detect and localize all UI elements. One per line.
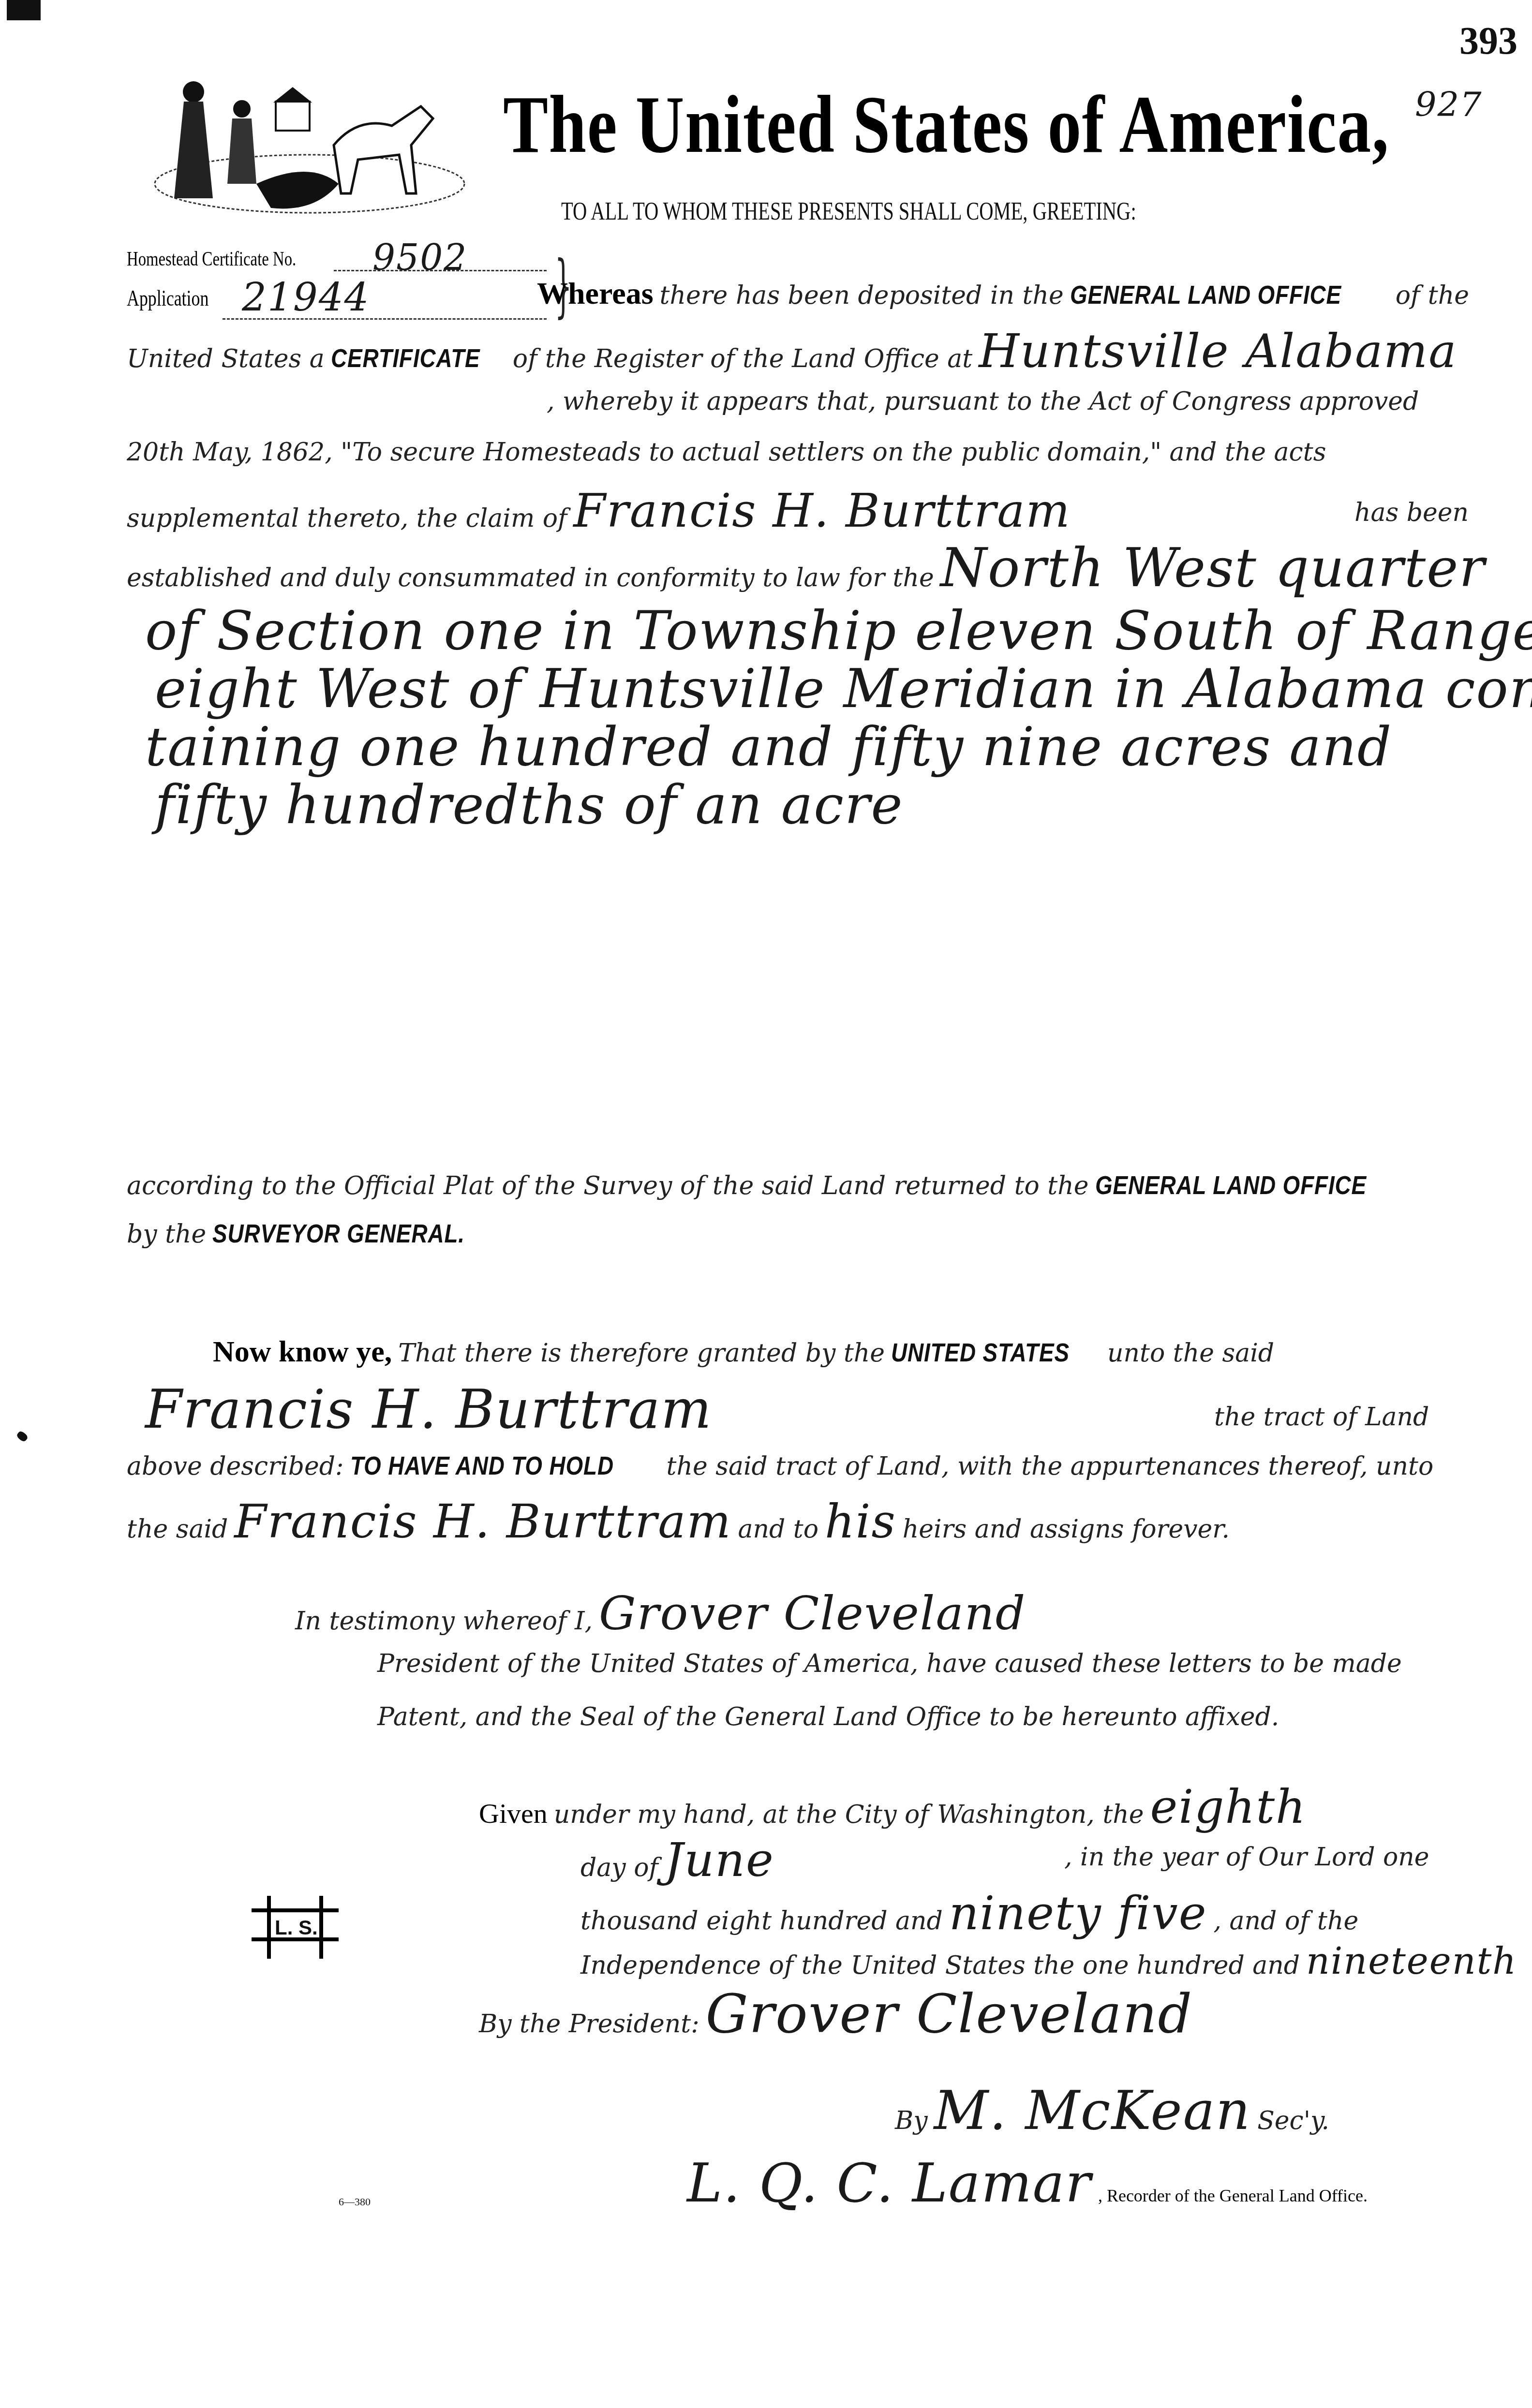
application-number-label: Application (127, 285, 208, 311)
body-text: by the (127, 1220, 206, 1249)
seal-label: L. S. (275, 1916, 318, 1939)
certificate-number-label: Homestead Certificate No. (127, 248, 296, 271)
by-the-president-label: By the President: (479, 2009, 699, 2039)
president-signature: Grover Cleveland (706, 1983, 1193, 2045)
greeting: TO ALL TO WHOM THESE PRESENTS SHALL COME… (561, 197, 1136, 226)
body-text: That there is therefore granted by the (398, 1339, 885, 1368)
has-been-text: has been (1354, 498, 1469, 527)
year-of-our-lord-text: , in the year of Our Lord one (1064, 1843, 1429, 1872)
whereas-line-6: established and duly consummated in conf… (127, 537, 1486, 599)
grant-line-3: above described: TO HAVE AND TO HOLD the… (127, 1451, 1433, 1481)
body-text: United States a (127, 344, 325, 373)
whereas-line-2: United States a CERTIFICATE of the Regis… (127, 324, 1457, 378)
certificate-text: CERTIFICATE (331, 343, 480, 373)
body-text: of the Register of the Land Office at (513, 344, 972, 373)
application-number-value: 21944 (242, 275, 370, 320)
land-description-4: taining one hundred and fifty nine acres… (145, 716, 1392, 778)
testimony-line-1: In testimony whereof I, Grover Cleveland (295, 1586, 1026, 1640)
official-plat-line: according to the Official Plat of the Su… (127, 1170, 1414, 1200)
grant-line-4: the said Francis H. Burttram and to his … (127, 1494, 1230, 1549)
body-text: day of (580, 1853, 658, 1882)
tract-of-land-text: the tract of Land (1214, 1403, 1429, 1432)
month-handwritten: June (665, 1833, 774, 1887)
body-text: supplemental thereto, the claim of (127, 504, 567, 533)
seal-rule (252, 1908, 339, 1912)
whereas-line-4: 20th May, 1862, "To secure Homesteads to… (127, 438, 1326, 467)
to-have-and-to-hold-text: TO HAVE AND TO HOLD (350, 1451, 614, 1481)
body-text: , and of the (1214, 1906, 1359, 1935)
recorder-line: L. Q. C. Lamar , Recorder of the General… (687, 2152, 1368, 2214)
whereas-line-1: Whereas there has been deposited in the … (537, 276, 1469, 311)
body-text: heirs and assigns forever. (903, 1515, 1230, 1544)
given-line-4: Independence of the United States the on… (580, 1939, 1517, 1982)
day-handwritten: eighth (1150, 1780, 1307, 1834)
farm-harvest-engraving-icon (131, 73, 469, 218)
land-description-5: fifty hundredths of an acre (155, 774, 904, 836)
body-text: there has been deposited in the (660, 281, 1064, 310)
given-line-1: Given under my hand, at the City of Wash… (479, 1780, 1307, 1834)
general-land-office-text: GENERAL LAND OFFICE (1070, 280, 1341, 310)
body-text: the said tract of Land, with the appurte… (667, 1452, 1434, 1481)
secretary-line: By M. McKean Sec'y. (895, 2080, 1329, 2142)
body-text: unto the said (1107, 1339, 1274, 1368)
given-line-2: day of June (580, 1833, 774, 1887)
land-description-2: of Section one in Township eleven South … (145, 600, 1532, 662)
surveyor-general-text: SURVEYOR GENERAL. (212, 1219, 465, 1249)
grantee-name-1: Francis H. Burttram (145, 1378, 713, 1440)
certificate-number-value: 9502 (372, 237, 467, 279)
body-text: established and duly consummated in conf… (127, 563, 934, 592)
by-label: By (895, 2106, 928, 2135)
recorder-title: , Recorder of the General Land Office. (1098, 2186, 1368, 2205)
seal-rule (319, 1896, 323, 1959)
seal-placeholder: L. S. (252, 1896, 339, 1964)
body-text: and to (738, 1515, 818, 1544)
body-text: under my hand, at the City of Washington… (554, 1800, 1144, 1829)
body-text: thousand eight hundred and (580, 1906, 943, 1935)
testimony-line-3: Patent, and the Seal of the General Land… (377, 1702, 1279, 1731)
body-text: according to the Official Plat of the Su… (127, 1171, 1089, 1200)
grant-line-1: Now know ye, That there is therefore gra… (213, 1335, 1274, 1369)
surveyor-general-line: by the SURVEYOR GENERAL. (127, 1219, 509, 1249)
body-text: of the (1396, 281, 1469, 310)
body-text: In testimony whereof I, (295, 1607, 593, 1636)
president-name-handwritten: Grover Cleveland (599, 1586, 1026, 1640)
body-text: above described: (127, 1452, 344, 1481)
general-land-office-text: GENERAL LAND OFFICE (1095, 1170, 1367, 1200)
secretary-signature: M. McKean (934, 2080, 1251, 2142)
whereas-lead: Whereas (537, 276, 654, 310)
land-office-location: Huntsville Alabama (979, 324, 1457, 378)
land-description-1: North West quarter (940, 537, 1486, 599)
independence-year-handwritten: nineteenth (1306, 1939, 1517, 1982)
whereas-line-5: supplemental thereto, the claim of Franc… (127, 484, 1071, 538)
seal-rule (267, 1896, 271, 1959)
grantee-name-2: Francis H. Burttram (234, 1494, 731, 1549)
recorder-signature: L. Q. C. Lamar (687, 2152, 1092, 2214)
secretary-title: Sec'y. (1257, 2106, 1329, 2135)
document-title: The United States of America, (503, 77, 1389, 172)
by-the-president-line: By the President: Grover Cleveland (479, 1983, 1193, 2045)
margin-ink-mark (15, 1430, 29, 1443)
body-text: Independence of the United States the on… (580, 1951, 1300, 1980)
form-number: 6—380 (339, 2196, 371, 2208)
united-states-text: UNITED STATES (891, 1338, 1070, 1368)
scan-corner-mark (7, 0, 41, 20)
body-text: the said (127, 1515, 228, 1544)
page-reference-handwritten: 927 (1415, 85, 1483, 124)
year-handwritten: ninety five (949, 1886, 1207, 1940)
claimant-name: Francis H. Burttram (573, 484, 1071, 538)
testimony-line-2: President of the United States of Americ… (377, 1649, 1402, 1678)
page-number: 393 (1459, 19, 1517, 63)
whereas-line-3: , whereby it appears that, pursuant to t… (547, 387, 1419, 416)
land-description-3: eight West of Huntsville Meridian in Ala… (155, 658, 1532, 720)
now-know-ye: Now know ye, (213, 1335, 392, 1368)
given-line-3: thousand eight hundred and ninety five ,… (580, 1886, 1358, 1940)
pronoun-handwritten: his (825, 1494, 896, 1549)
given-lead: Given (479, 1798, 548, 1829)
